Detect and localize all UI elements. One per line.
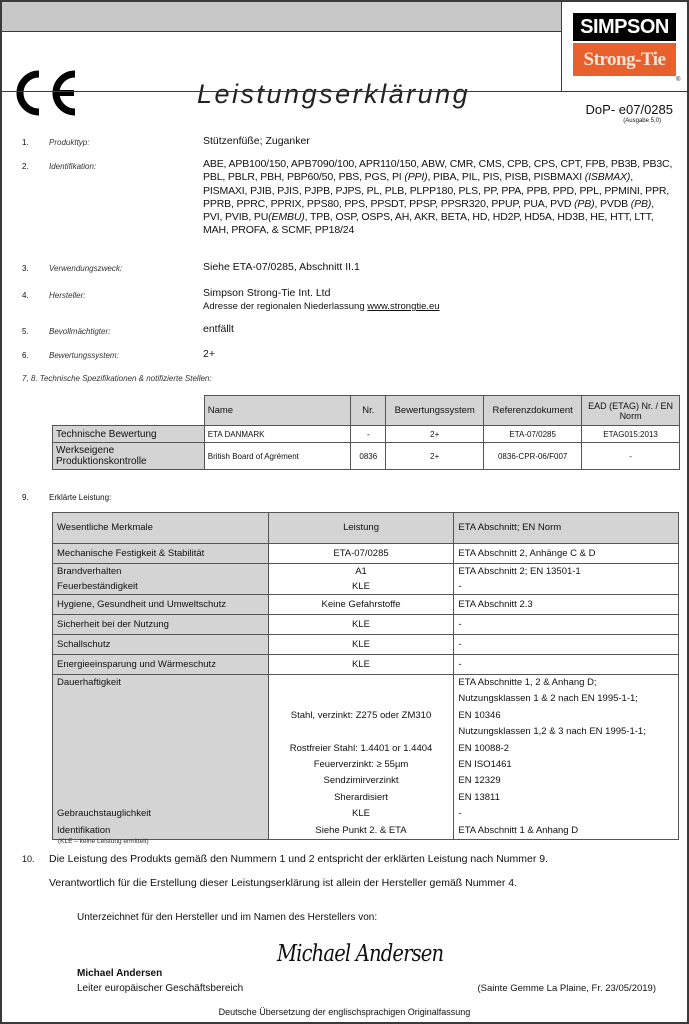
- perf-cell-perf: KLE: [268, 635, 454, 655]
- logo-strongtie-text: Strong-Tie: [573, 43, 676, 76]
- perf-line: [273, 691, 450, 707]
- perf-line: ETA-07/0285: [273, 547, 450, 561]
- perf-heading-number: 9.: [22, 493, 29, 502]
- perf-line: Nutzungsklassen 1 & 2 nach EN 1995-1-1;: [458, 691, 674, 707]
- translation-note: Deutsche Übersetzung der englischsprachi…: [2, 1007, 687, 1017]
- perf-line: EN 12329: [458, 773, 674, 789]
- perf-line: [273, 724, 450, 740]
- perf-cell-feat: BrandverhaltenFeuerbeständigkeit: [53, 564, 269, 595]
- manufacturer-address: Adresse der regionalen Niederlassung www…: [203, 300, 673, 313]
- spec-header-ead: EAD (ETAG) Nr. / EN Norm: [582, 396, 680, 426]
- perf-line: -: [458, 806, 674, 822]
- perf-line: -: [458, 638, 674, 652]
- perf-row: Sicherheit bei der NutzungKLE-: [53, 615, 679, 635]
- spec-blank-header: [53, 396, 205, 426]
- perf-row: Hygiene, Gesundheit und UmweltschutzKein…: [53, 595, 679, 615]
- perf-line: Siehe Punkt 2. & ETA: [273, 823, 450, 839]
- perf-line: KLE: [273, 618, 450, 632]
- manufacturer-name: Simpson Strong-Tie Int. Ltd: [203, 287, 673, 300]
- perf-line: EN 10088-2: [458, 741, 674, 757]
- kle-note: (KLE – keine Leistung ermittelt): [58, 838, 149, 845]
- handwritten-signature: Michael Andersen: [277, 941, 443, 967]
- perf-header-row: Wesentliche Merkmale Leistung ETA Abschn…: [53, 513, 679, 544]
- perf-line: Sendzimirverzinkt: [273, 773, 450, 789]
- item-1-value: Stützenfüße; Zuganker: [203, 135, 673, 148]
- perf-line: ETA Abschnitt 1 & Anhang D: [458, 823, 674, 839]
- perf-row: Mechanische Festigkeit & StabilitätETA-0…: [53, 544, 679, 564]
- perf-cell-feat: Energieeinsparung und Wärmeschutz: [53, 655, 269, 675]
- item-6-number: 6.: [22, 351, 29, 360]
- spec-cell: 2+: [386, 426, 484, 443]
- spec-cell: -: [582, 443, 680, 470]
- perf-cell-norm: -: [454, 655, 679, 675]
- perf-line: -: [458, 618, 674, 632]
- perf-line: [57, 790, 264, 806]
- perf-heading: Erklärte Leistung:: [49, 493, 111, 502]
- item-3-value: Siehe ETA-07/0285, Abschnitt II.1: [203, 261, 673, 274]
- perf-cell-perf: KLE: [268, 655, 454, 675]
- perf-line: Feuerverzinkt: ≥ 55µm: [273, 757, 450, 773]
- perf-line: -: [458, 658, 674, 672]
- perf-cell-perf: KLE: [268, 615, 454, 635]
- perf-line: ETA Abschnitte 1, 2 & Anhang D;: [458, 675, 674, 691]
- perf-line: EN 10346: [458, 708, 674, 724]
- spec-cell: ETA-07/0285: [484, 426, 582, 443]
- spec-table: Name Nr. Bewertungssystem Referenzdokume…: [52, 395, 680, 470]
- perf-cell-norm: ETA Abschnitt 2, Anhänge C & D: [454, 544, 679, 564]
- perf-header-feature: Wesentliche Merkmale: [53, 513, 269, 544]
- document-page: Leistungserklärung SIMPSON Strong-Tie ® …: [0, 0, 689, 1024]
- perf-line: [57, 691, 264, 707]
- brand-logo: SIMPSON Strong-Tie ®: [563, 2, 687, 92]
- performance-table: Wesentliche Merkmale Leistung ETA Abschn…: [52, 512, 679, 840]
- header-bar: [2, 2, 562, 32]
- perf-line: Gebrauchstauglichkeit: [57, 806, 264, 822]
- spec-cell: -: [351, 426, 386, 443]
- perf-cell-perf: A1KLE: [268, 564, 454, 595]
- perf-cell-norm: ETA Abschnitte 1, 2 & Anhang D;Nutzungsk…: [454, 675, 679, 840]
- logo-simpson-text: SIMPSON: [573, 13, 676, 41]
- strongtie-link[interactable]: www.strongtie.eu: [367, 301, 439, 312]
- item-6-value: 2+: [203, 348, 673, 361]
- spec-row: Werkseigene Produktionskontrolle British…: [53, 443, 680, 470]
- perf-row: BrandverhaltenFeuerbeständigkeitA1KLEETA…: [53, 564, 679, 595]
- perf-header-norm: ETA Abschnitt; EN Norm: [454, 513, 679, 544]
- perf-line: KLE: [273, 638, 450, 652]
- perf-line: [57, 724, 264, 740]
- ce-mark-icon: [12, 68, 82, 118]
- spec-cell: ETAG015:2013: [582, 426, 680, 443]
- perf-line: ETA Abschnitt 2; EN 13501-1: [458, 564, 674, 579]
- perf-line: Brandverhalten: [57, 564, 264, 579]
- perf-line: Schallschutz: [57, 638, 264, 652]
- spec-header-system: Bewertungssystem: [386, 396, 484, 426]
- perf-row: DauerhaftigkeitGebrauchstauglichkeitIden…: [53, 675, 679, 840]
- place-date: (Sainte Gemme La Plaine, Fr. 23/05/2019): [478, 983, 657, 994]
- signer-name: Michael Andersen: [77, 968, 162, 979]
- registered-mark: ®: [676, 77, 680, 83]
- perf-line: KLE: [273, 579, 450, 594]
- perf-line: [57, 757, 264, 773]
- responsibility-text: Verantwortlich für die Erstellung dieser…: [49, 877, 517, 889]
- item-1-label: Produkttyp:: [49, 138, 89, 147]
- perf-cell-perf: Keine Gefahrstoffe: [268, 595, 454, 615]
- dop-number: DoP- e07/0285: [586, 102, 673, 117]
- item-3-label: Verwendungszweck:: [49, 264, 122, 273]
- perf-line: Hygiene, Gesundheit und Umweltschutz: [57, 598, 264, 612]
- spec-heading: 7, 8. Technische Spezifikationen & notif…: [22, 374, 212, 383]
- perf-cell-norm: ETA Abschnitt 2; EN 13501-1-: [454, 564, 679, 595]
- perf-line: Dauerhaftigkeit: [57, 675, 264, 691]
- header-title-row: Leistungserklärung: [2, 32, 562, 92]
- perf-cell-perf: ETA-07/0285: [268, 544, 454, 564]
- perf-line: Rostfreier Stahl: 1.4401 or 1.4404: [273, 741, 450, 757]
- item-5-label: Bevollmächtigter:: [49, 327, 110, 336]
- perf-cell-feat: Sicherheit bei der Nutzung: [53, 615, 269, 635]
- perf-cell-norm: -: [454, 615, 679, 635]
- signed-by-text: Unterzeichnet für den Hersteller und im …: [77, 912, 377, 923]
- perf-line: Stahl, verzinkt: Z275 oder ZM310: [273, 708, 450, 724]
- item-1-number: 1.: [22, 138, 29, 147]
- spec-row: Technische Bewertung ETA DANMARK - 2+ ET…: [53, 426, 680, 443]
- perf-line: ETA Abschnitt 2, Anhänge C & D: [458, 547, 674, 561]
- perf-line: [57, 708, 264, 724]
- perf-row: Energieeinsparung und WärmeschutzKLE-: [53, 655, 679, 675]
- spec-header-nr: Nr.: [351, 396, 386, 426]
- perf-line: EN 13811: [458, 790, 674, 806]
- signer-role: Leiter europäischer Geschäftsbereich: [77, 983, 243, 994]
- perf-cell-norm: -: [454, 635, 679, 655]
- perf-line: Nutzungsklassen 1,2 & 3 nach EN 1995-1-1…: [458, 724, 674, 740]
- perf-line: ETA Abschnitt 2.3: [458, 598, 674, 612]
- item-2-number: 2.: [22, 162, 29, 171]
- item-5-value: entfällt: [203, 323, 673, 336]
- spec-cell: 0836: [351, 443, 386, 470]
- item-3-number: 3.: [22, 264, 29, 273]
- spec-cell: British Board of Agrément: [204, 443, 351, 470]
- dop-edition: (Ausgabe 5,0): [623, 118, 661, 124]
- perf-line: A1: [273, 564, 450, 579]
- perf-line: Keine Gefahrstoffe: [273, 598, 450, 612]
- spec-cell: ETA DANMARK: [204, 426, 351, 443]
- perf-line: Feuerbeständigkeit: [57, 579, 264, 594]
- perf-cell-norm: ETA Abschnitt 2.3: [454, 595, 679, 615]
- perf-line: Identifikation: [57, 823, 264, 839]
- item-2-label: Identifikation:: [49, 162, 96, 171]
- perf-cell-feat: DauerhaftigkeitGebrauchstauglichkeitIden…: [53, 675, 269, 840]
- spec-header-name: Name: [204, 396, 351, 426]
- identification-list: ABE, APB100/150, APB7090/100, APR110/150…: [203, 158, 673, 238]
- perf-header-performance: Leistung: [268, 513, 454, 544]
- perf-cell-feat: Hygiene, Gesundheit und Umweltschutz: [53, 595, 269, 615]
- spec-cell: 2+: [386, 443, 484, 470]
- item-6-label: Bewertungssystem:: [49, 351, 119, 360]
- perf-line: Sicherheit bei der Nutzung: [57, 618, 264, 632]
- perf-cell-feat: Mechanische Festigkeit & Stabilität: [53, 544, 269, 564]
- perf-line: KLE: [273, 658, 450, 672]
- item-4-number: 4.: [22, 291, 29, 300]
- spec-cell: 0836-CPR-06/F007: [484, 443, 582, 470]
- perf-line: [273, 675, 450, 691]
- perf-line: -: [458, 579, 674, 594]
- spec-row-head: Werkseigene Produktionskontrolle: [53, 443, 205, 470]
- perf-line: [57, 773, 264, 789]
- item-10-number: 10.: [22, 854, 35, 864]
- item-4-label: Hersteller:: [49, 291, 85, 300]
- perf-cell-feat: Schallschutz: [53, 635, 269, 655]
- perf-line: Sherardisiert: [273, 790, 450, 806]
- perf-line: KLE: [273, 806, 450, 822]
- perf-line: Energieeinsparung und Wärmeschutz: [57, 658, 264, 672]
- perf-cell-perf: Stahl, verzinkt: Z275 oder ZM310Rostfrei…: [268, 675, 454, 840]
- perf-line: [57, 741, 264, 757]
- document-title: Leistungserklärung: [197, 79, 470, 110]
- item-5-number: 5.: [22, 327, 29, 336]
- perf-line: EN ISO1461: [458, 757, 674, 773]
- perf-line: Mechanische Festigkeit & Stabilität: [57, 547, 264, 561]
- item-10-text: Die Leistung des Produkts gemäß den Numm…: [49, 853, 548, 865]
- spec-header-reference: Referenzdokument: [484, 396, 582, 426]
- spec-row-head: Technische Bewertung: [53, 426, 205, 443]
- perf-row: SchallschutzKLE-: [53, 635, 679, 655]
